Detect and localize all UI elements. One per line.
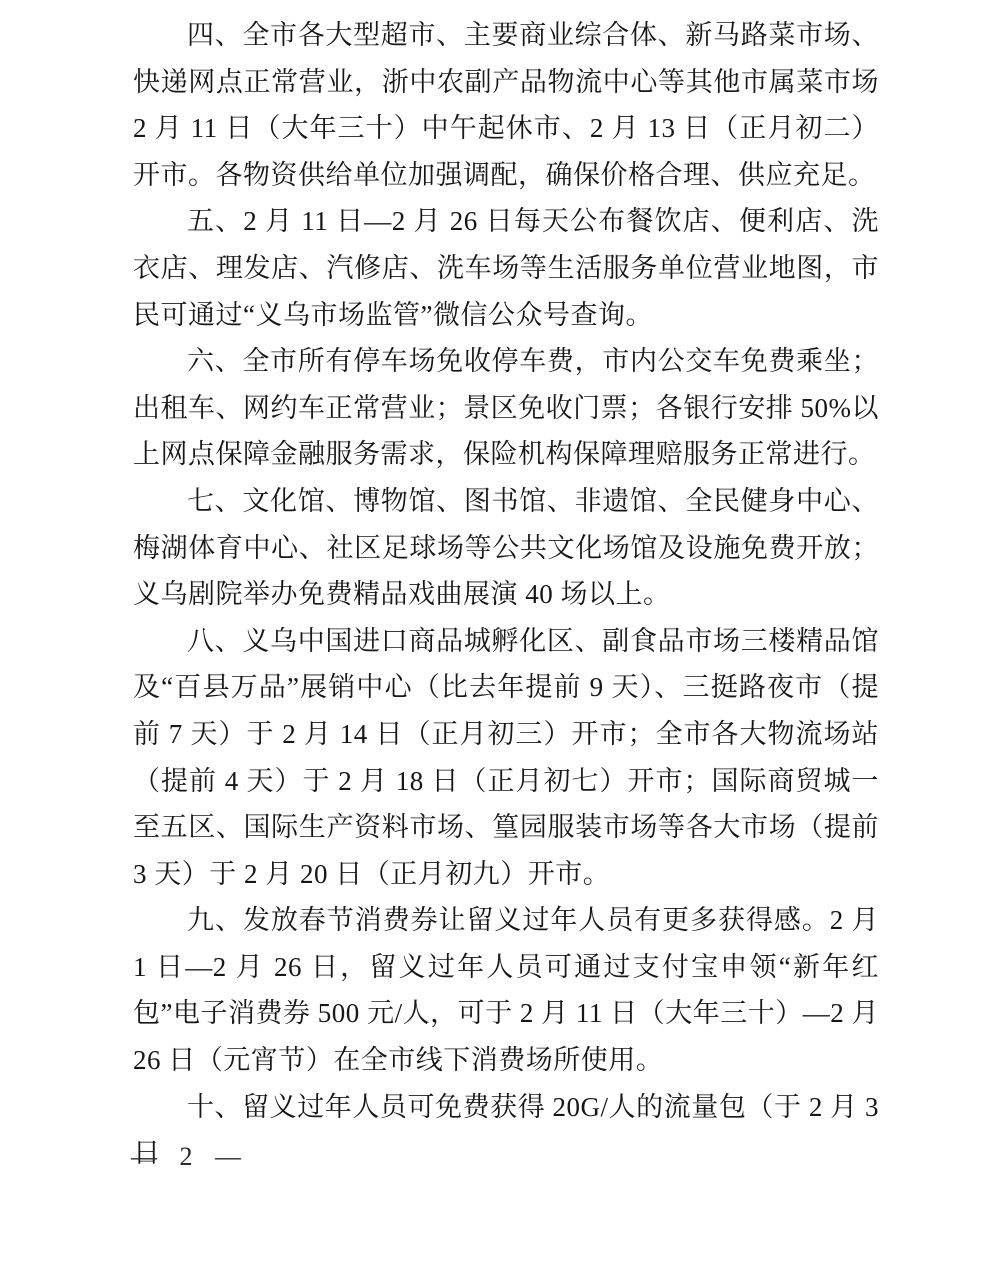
paragraph-item-5: 五、2 月 11 日—2 月 26 日每天公布餐饮店、便利店、洗衣店、理发店、汽… bbox=[133, 198, 879, 338]
document-body: 四、全市各大型超市、主要商业综合体、新马路菜市场、快递网点正常营业，浙中农副产品… bbox=[133, 12, 879, 1177]
paragraph-item-9: 九、发放春节消费券让留义过年人员有更多获得感。2 月 1 日—2 月 26 日，… bbox=[133, 897, 879, 1083]
document-page: 四、全市各大型超市、主要商业综合体、新马路菜市场、快递网点正常营业，浙中农副产品… bbox=[0, 0, 986, 1280]
page-number: — 2 — bbox=[131, 1137, 249, 1177]
paragraph-item-7: 七、文化馆、博物馆、图书馆、非遗馆、全民健身中心、梅湖体育中心、社区足球场等公共… bbox=[133, 478, 879, 618]
paragraph-item-4: 四、全市各大型超市、主要商业综合体、新马路菜市场、快递网点正常营业，浙中农副产品… bbox=[133, 12, 879, 198]
paragraph-item-8: 八、义乌中国进口商品城孵化区、副食品市场三楼精品馆及“百县万品”展销中心（比去年… bbox=[133, 618, 879, 898]
paragraph-item-6: 六、全市所有停车场免收停车费，市内公交车免费乘坐；出租车、网约车正常营业；景区免… bbox=[133, 338, 879, 478]
